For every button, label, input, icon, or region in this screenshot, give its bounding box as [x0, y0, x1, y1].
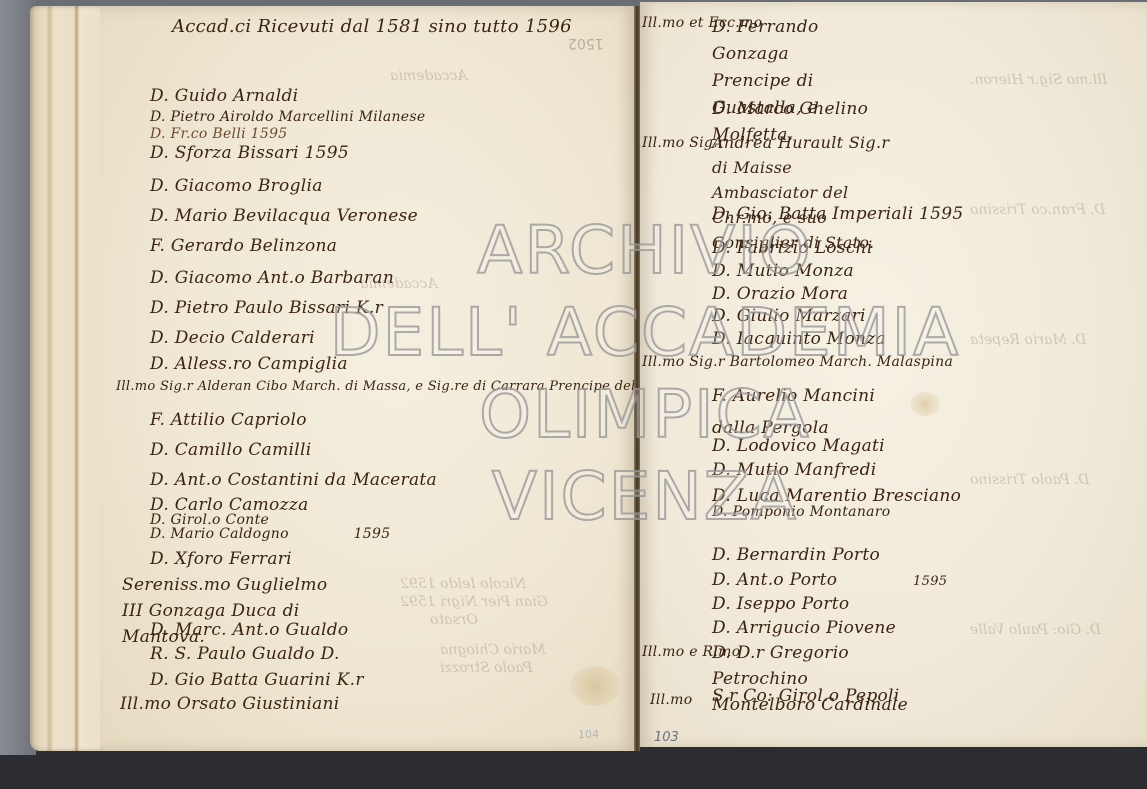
- manuscript-scan: Accademia Accademia Nicolo Ieldo 1592 Gi…: [0, 0, 1147, 789]
- archive-stamp-number: 104: [578, 728, 599, 741]
- register-entry: D. Fr.co Belli 1595: [150, 126, 288, 142]
- register-entry: D. Mario Bevilacqua Veronese: [150, 206, 418, 226]
- register-entry: F. Aurelio Mancini dalla Pergola: [712, 380, 882, 444]
- register-entry: D. Xforo Ferrari: [150, 549, 292, 569]
- register-entry: S.r Co: Girol.o Pepoli: [712, 686, 900, 706]
- register-entry: D. Fabrizio Loschi: [712, 238, 873, 258]
- register-entry: F. Attilio Capriolo: [150, 410, 307, 430]
- bleed-through-text: Orsato: [430, 612, 478, 628]
- register-entry: D. Gio: Batta Imperiali 1595: [712, 204, 964, 224]
- register-entry: D. Ferrando Gonzaga Prencipe di Guastall…: [712, 14, 872, 149]
- page-edges-stack: [30, 6, 110, 751]
- register-entry: D. Camillo Camilli: [150, 440, 311, 460]
- register-entry: D. Sforza Bissari 1595: [150, 143, 349, 163]
- bleed-through-text: D. Mario Repeta: [970, 332, 1086, 348]
- register-entry: Andrea Hurault Sig.r di Maisse Ambasciat…: [712, 130, 902, 255]
- paper-stain: [910, 392, 940, 416]
- bleed-through-text: D. Gio: Paulo Valle: [970, 622, 1101, 638]
- register-entry: F. Gerardo Belinzona: [150, 236, 337, 256]
- register-entry: D. Giacomo Ant.o Barbaran: [150, 268, 394, 288]
- bleed-through-text: Gian Pier Nigri 1592: [400, 594, 548, 610]
- bleed-through-text: Nicolo Ieldo 1592: [400, 576, 526, 592]
- register-entry: D. Ant.o Porto 1595: [712, 570, 947, 590]
- register-entry: D. Iseppo Porto: [712, 594, 849, 614]
- bleed-through-text: D. Fran.co Trissino: [970, 202, 1105, 218]
- register-entry: D. Orazio Mora: [712, 284, 848, 304]
- bleed-through-text: Paolo Strozzi: [440, 660, 533, 676]
- register-entry: D. D.r Gregorio Petrochino Montelboro Ca…: [712, 640, 912, 718]
- paper-stain: [570, 666, 620, 706]
- register-entry: D. Mutio Monza: [712, 261, 854, 281]
- bleed-through-text: D. Paolo Trissino: [970, 472, 1089, 488]
- register-entry: Ill.mo Sig.r Bartolomeo March. Malaspina: [642, 354, 953, 370]
- register-entry: D. Decio Calderari: [150, 328, 315, 348]
- register-entry: D. Gio Batta Guarini K.r: [150, 670, 364, 690]
- folio-number: 103: [654, 730, 679, 745]
- bleed-through-text: Accademia: [390, 68, 468, 84]
- register-entry-title: Ill.mo: [650, 692, 692, 708]
- right-page: Ill.mo Sig.r Hieron. D. Fran.co Trissino…: [640, 2, 1147, 747]
- register-entry: D. Marc. Ant.o Gualdo: [150, 620, 348, 640]
- register-heading: Accad.ci Ricevuti dal 1581 sino tutto 15…: [172, 16, 572, 37]
- register-entry: D. Giulio Marzari: [712, 306, 866, 326]
- register-entry: D. Mutio Manfredi: [712, 460, 877, 480]
- register-entry: D. Arrigucio Piovene: [712, 618, 896, 638]
- top-annotation: 1502: [568, 35, 604, 51]
- register-entry: R. S. Paulo Gualdo D.: [150, 644, 340, 664]
- bleed-through-text: Ill.mo Sig.r Hieron.: [970, 72, 1107, 88]
- register-entry: Ill.mo Sig.r Alderan Cibo March. di Mass…: [116, 379, 638, 394]
- register-entry: D. Bernardin Porto: [712, 545, 880, 565]
- left-page: Accademia Accademia Nicolo Ieldo 1592 Gi…: [100, 6, 638, 751]
- register-entry: D. Lodovico Magati: [712, 436, 885, 456]
- register-entry: D. Pietro Paulo Bissari K.r: [150, 298, 383, 318]
- register-entry: D. Marco Ghelino: [712, 99, 868, 119]
- scanner-bottom-band: [0, 755, 1147, 789]
- register-entry: D. Pietro Airoldo Marcellini Milanese: [150, 109, 425, 125]
- register-entry: D. Mario Caldogno 1595: [150, 526, 390, 542]
- register-entry: D. Alless.ro Campiglia: [150, 354, 348, 374]
- register-entry: D. Guido Arnaldi: [150, 86, 298, 106]
- register-entry: D. Pomponio Montanaro: [712, 504, 891, 520]
- register-entry: Ill.mo Orsato Giustiniani: [120, 694, 340, 714]
- register-entry: D. Ant.o Costantini da Macerata: [150, 470, 437, 490]
- register-entry: D. Iacquinto Monza: [712, 329, 886, 349]
- register-entry: D. Giacomo Broglia: [150, 176, 323, 196]
- bleed-through-text: Mario Chiogna: [440, 642, 546, 658]
- register-entry: D. Luca Marentio Bresciano: [712, 486, 961, 506]
